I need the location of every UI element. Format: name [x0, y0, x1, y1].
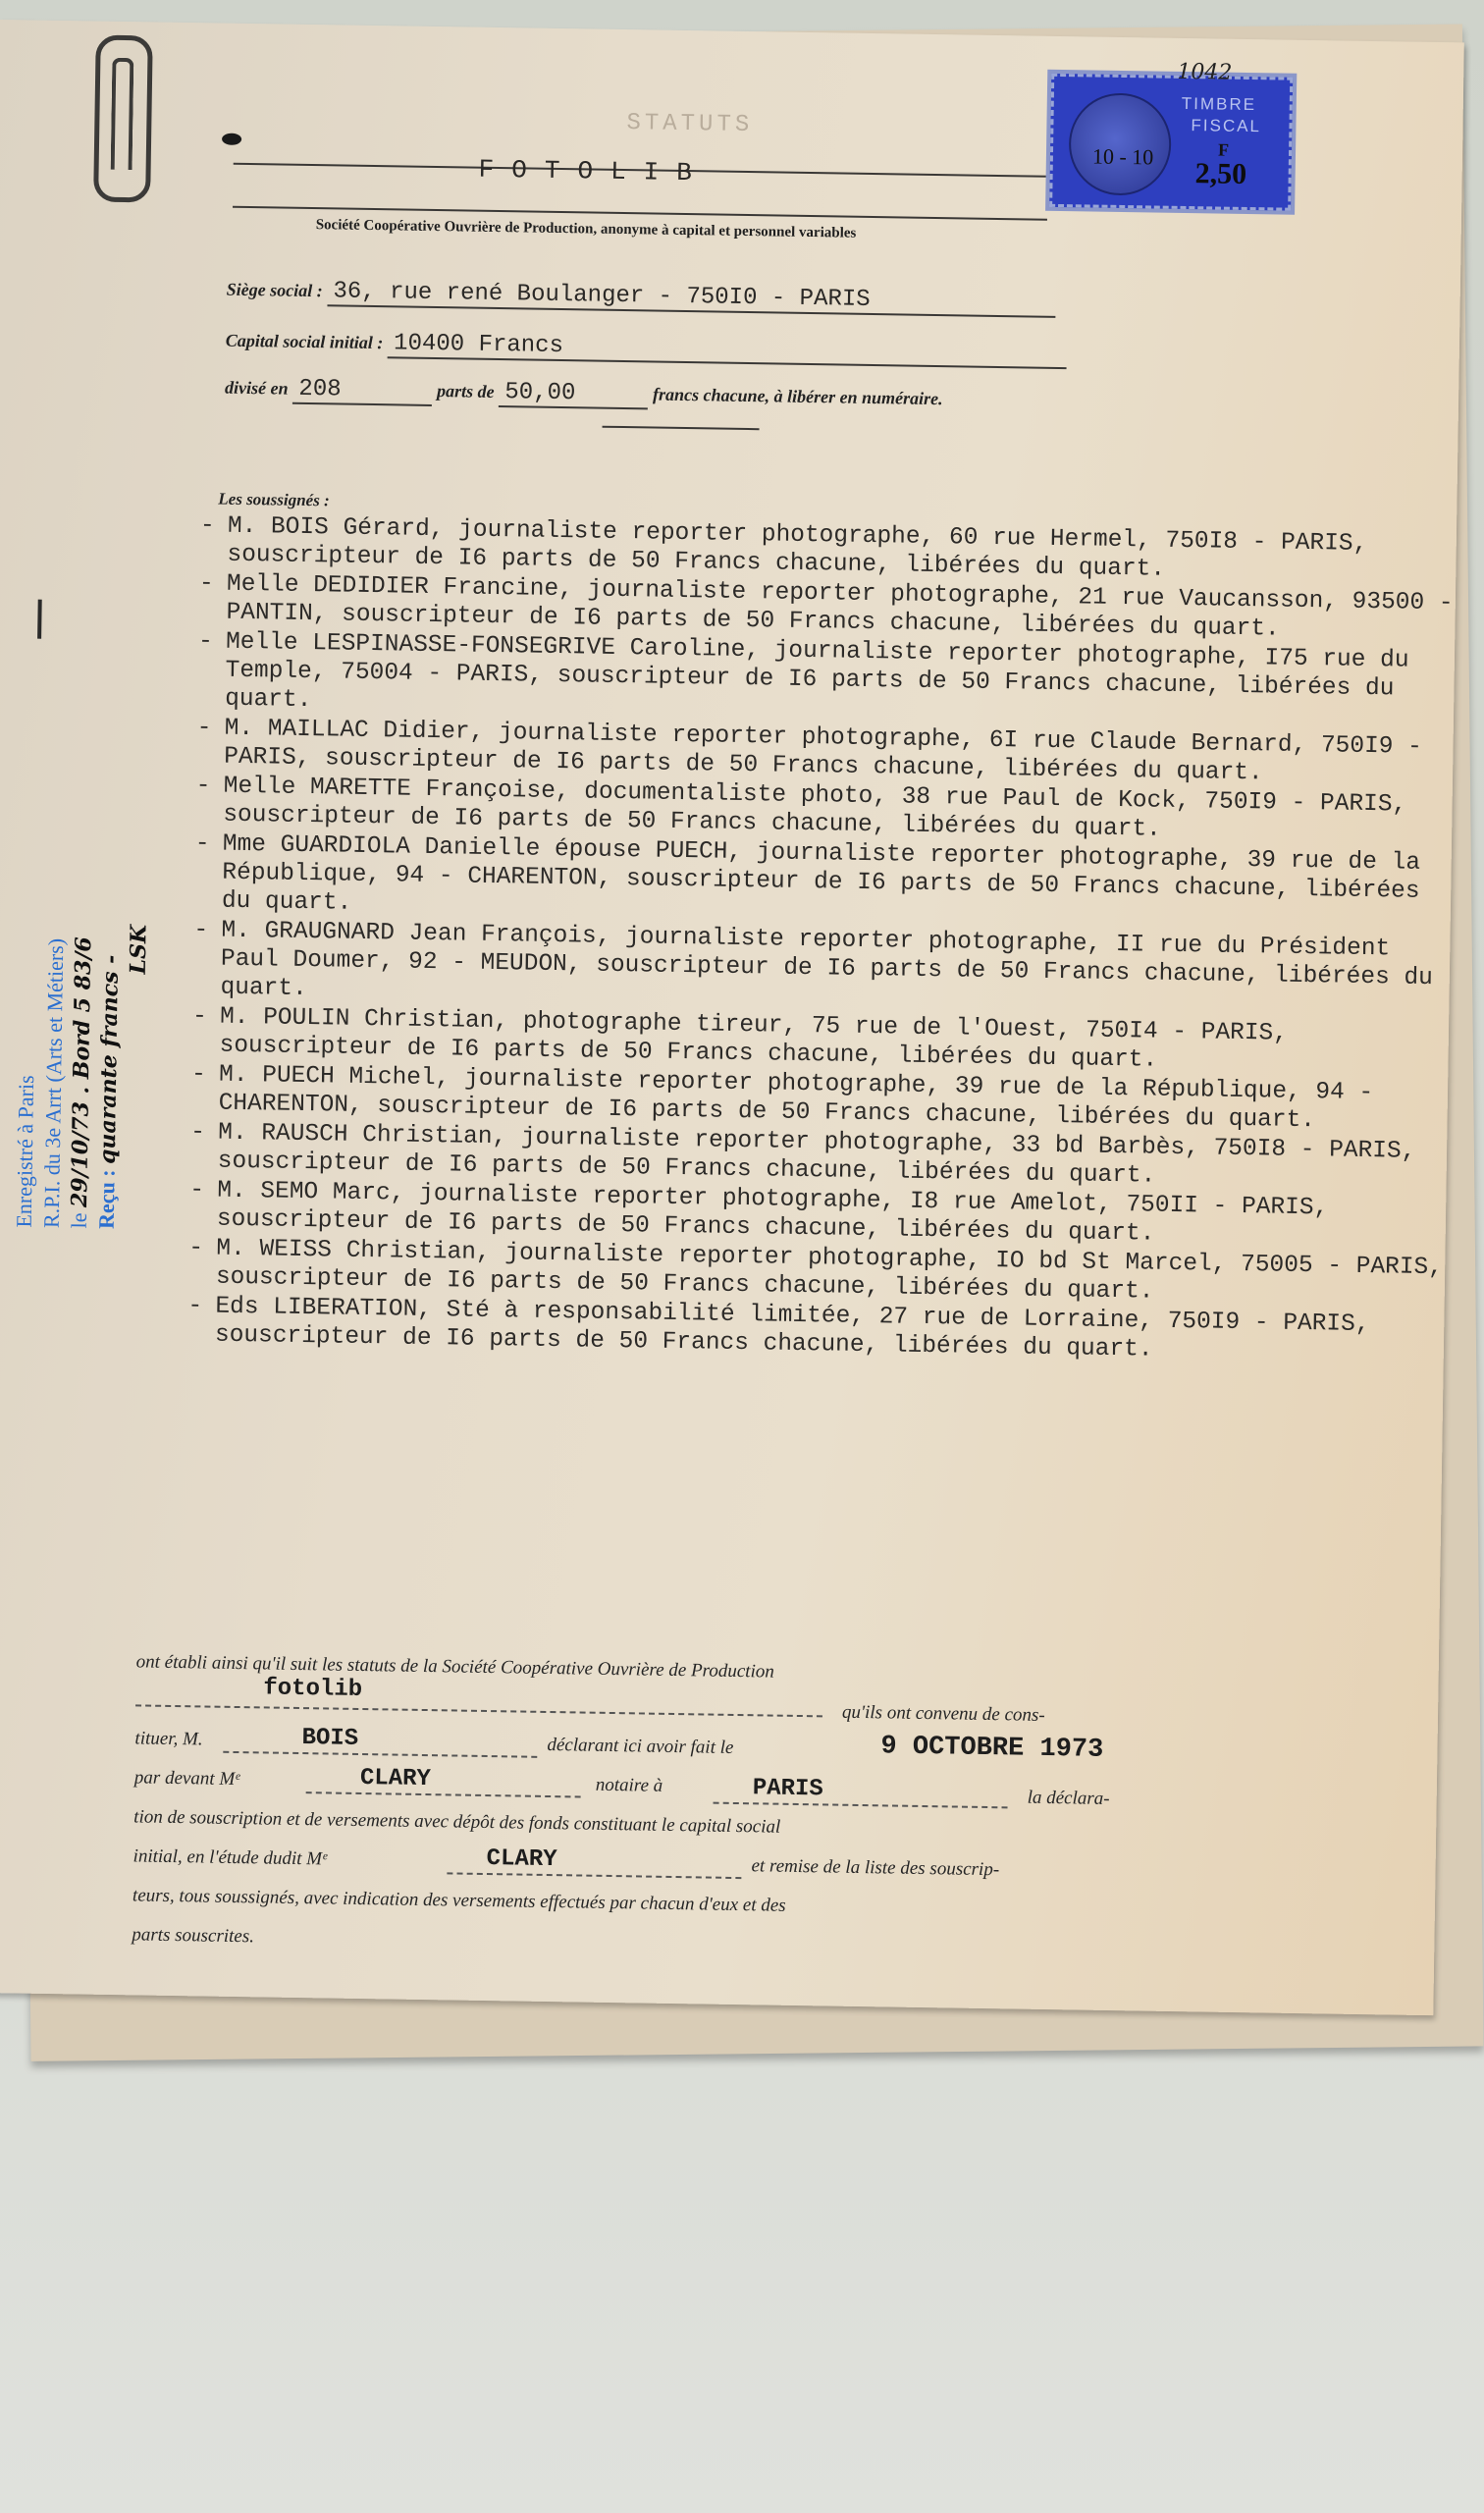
value-capital: 10400 Francs: [388, 330, 1067, 369]
closing-text: par devant Mᵉ: [134, 1767, 240, 1790]
label-parts-de: parts de: [437, 381, 495, 401]
fill-line: [223, 1751, 537, 1758]
closing-text: parts souscrites.: [132, 1924, 254, 1947]
registration-signature: LSK: [121, 836, 154, 1229]
fill-line: [306, 1791, 581, 1797]
registration-date-handwritten: 29/10/73 . Bord 5 83/6: [67, 936, 96, 1207]
list-bullet: -: [196, 714, 211, 742]
list-bullet: -: [196, 772, 211, 800]
label-parts-suffix: francs chacune, à libérer en numéraire.: [653, 384, 943, 408]
list-bullet: -: [199, 569, 214, 598]
fill-notary-2: CLARY: [486, 1845, 556, 1873]
list-bullet: -: [198, 627, 213, 656]
closing-text: la déclara-: [1028, 1788, 1110, 1810]
fiscal-stamp: TIMBRE FISCAL F 2,50 10 - 10: [1049, 74, 1293, 211]
field-capital: Capital social initial : 10400 Francs: [226, 328, 1068, 369]
stamp-cancel-date: 10 - 10: [1092, 144, 1154, 171]
registration-stamp: Enregistré à Paris R.P.I. du 3e Arrt (Ar…: [11, 1050, 406, 1233]
margin-mark: [37, 600, 42, 639]
fill-company-name: fotolib: [263, 1675, 362, 1703]
fill-declarant: BOIS: [301, 1725, 358, 1752]
stamp-amount: 2,50: [1194, 157, 1246, 191]
registration-date-label: le: [67, 1212, 91, 1228]
ink-blot: [222, 134, 241, 145]
closing-text: ont établi ainsi qu'il suit les statuts …: [136, 1651, 774, 1682]
list-bullet: -: [193, 916, 208, 944]
closing-text: et remise de la liste des souscrip-: [751, 1855, 999, 1881]
value-parts-count: 208: [292, 376, 432, 406]
fill-notary: CLARY: [360, 1765, 431, 1792]
list-bullet: -: [188, 1234, 203, 1262]
handwritten-number: 1042: [1177, 60, 1232, 85]
fill-line: [447, 1872, 741, 1879]
label-siege: Siège social :: [227, 280, 323, 301]
fill-date: 9 OCTOBRE 1973: [880, 1732, 1103, 1765]
value-part-value: 50,00: [499, 379, 648, 409]
document-subtitle: Société Coopérative Ouvrière de Producti…: [316, 217, 857, 242]
closing-text: tituer, M.: [134, 1728, 202, 1749]
list-bullet: -: [187, 1292, 202, 1320]
subscribers-intro: Les soussignés :: [218, 490, 330, 511]
stamp-label-fiscal: FISCAL: [1191, 116, 1261, 136]
subscribers-list: -M. BOIS Gérard, journaliste reporter ph…: [185, 511, 1455, 1369]
list-bullet: -: [200, 511, 215, 540]
label-capital: Capital social initial :: [226, 331, 384, 353]
document-title: FOTOLIB: [478, 155, 710, 188]
list-bullet: -: [192, 1002, 207, 1031]
label-divise: divisé en: [225, 378, 289, 399]
document-page: STATUTS FOTOLIB Société Coopérative Ouvr…: [0, 20, 1464, 2015]
registration-received-label: Reçu :: [94, 1169, 120, 1229]
fill-city: PARIS: [753, 1775, 823, 1802]
closing-text: notaire à: [596, 1775, 663, 1797]
faded-header: STATUTS: [626, 110, 753, 138]
value-siege: 36, rue rené Boulanger - 750I0 - PARIS: [327, 278, 1055, 318]
closing-text: initial, en l'étude dudit Mᵉ: [132, 1845, 327, 1869]
list-bullet: -: [195, 829, 210, 858]
paperclip-icon: [93, 35, 153, 203]
field-siege-social: Siège social : 36, rue rené Boulanger - …: [226, 277, 1055, 318]
field-parts: divisé en 208 parts de 50,00 francs chac…: [225, 375, 943, 414]
fill-line: [714, 1802, 1008, 1809]
stamp-label-timbre: TIMBRE: [1182, 94, 1257, 115]
closing-paragraph: ont établi ainsi qu'il suit les statuts …: [132, 1651, 1167, 1979]
closing-text: déclarant ici avoir fait le: [547, 1735, 733, 1759]
fill-line: [135, 1704, 822, 1717]
separator-rule: [603, 426, 760, 431]
registration-received-handwritten: quarante francs -: [95, 955, 124, 1165]
closing-text: qu'ils ont convenu de cons-: [842, 1702, 1045, 1727]
